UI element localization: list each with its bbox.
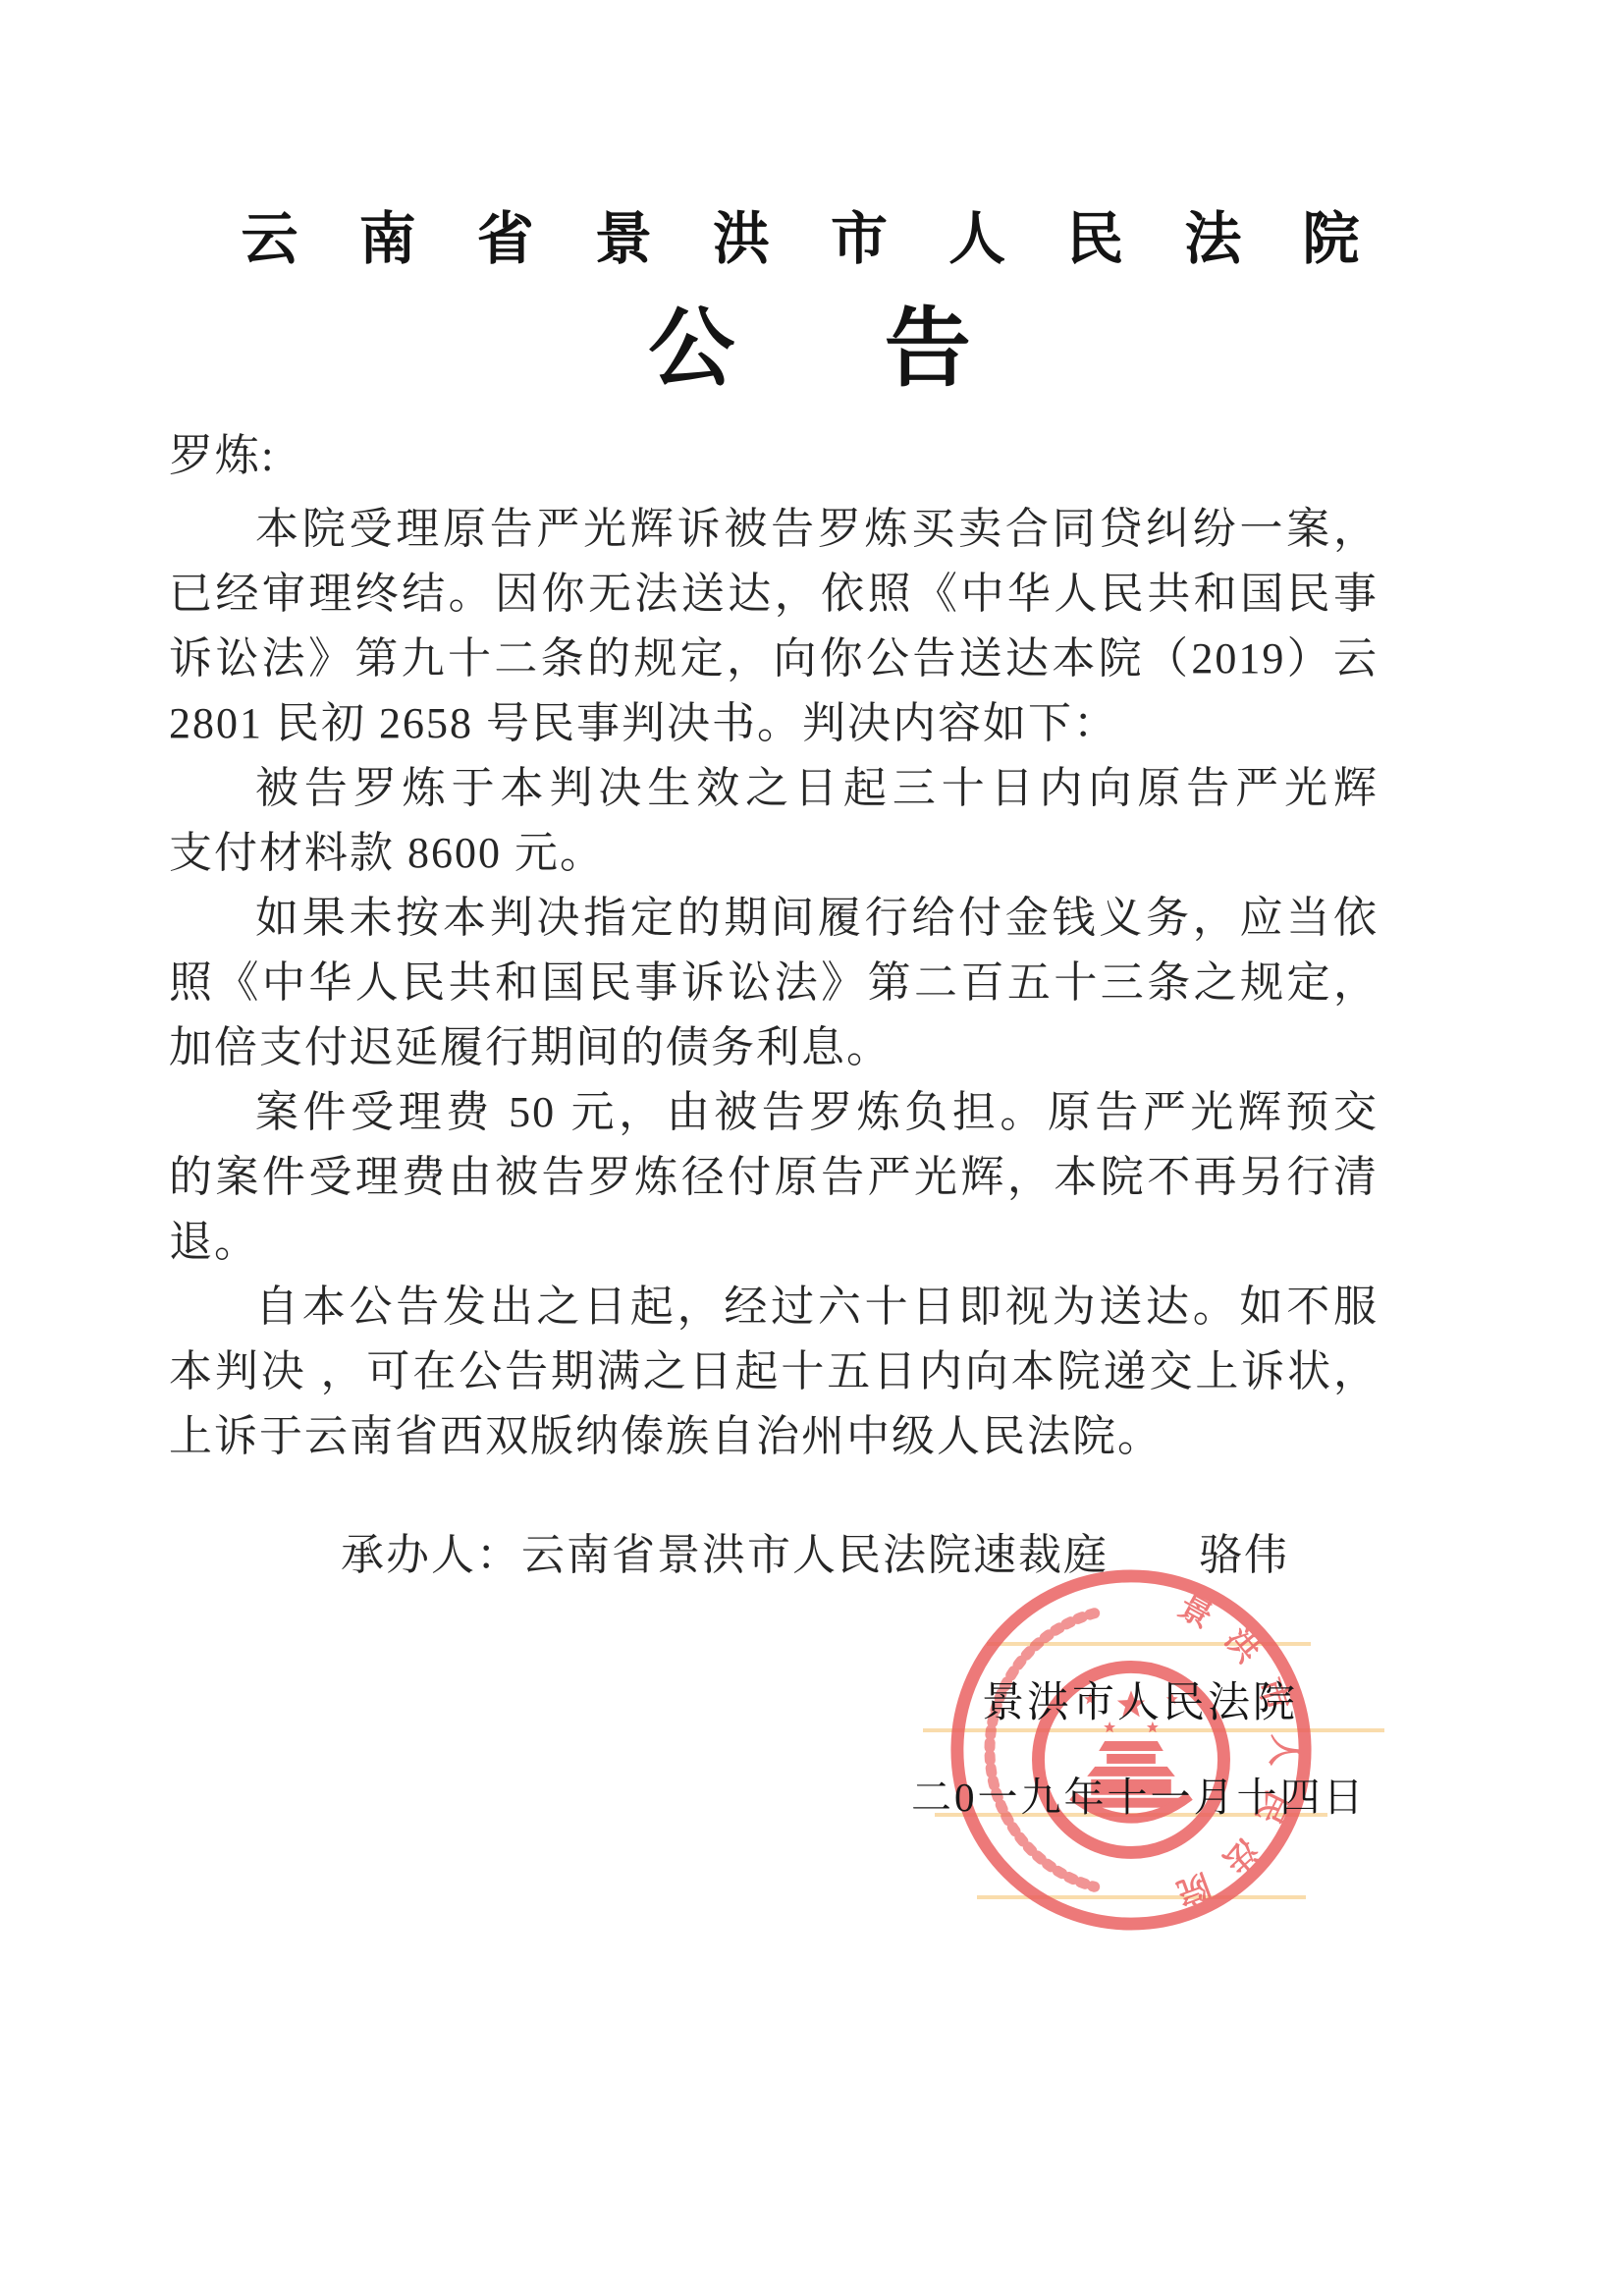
text-line: 本判决 ，可在公告期满之日起十五日内向本院递交上诉状， (169, 1339, 1379, 1404)
court-seal: 景洪市人民法院 (941, 1559, 1322, 1941)
paragraph-court-fee: 案件受理费 50 元，由被告罗炼负担。原告严光辉预交的案件受理费由被告罗炼径付原… (169, 1080, 1379, 1275)
text-line: 退。 (169, 1210, 1379, 1275)
announcement-title: 公 告 (0, 297, 1623, 401)
text-line: 如果未按本判决指定的期间履行给付金钱义务，应当依 (169, 886, 1379, 951)
text-line: 本院受理原告严光辉诉被告罗炼买卖合同贷纠纷一案， (169, 497, 1379, 562)
text-line: 案件受理费 50 元，由被告罗炼负担。原告严光辉预交 (169, 1080, 1379, 1145)
paragraph-case-summary: 本院受理原告严光辉诉被告罗炼买卖合同贷纠纷一案，已经审理终结。因你无法送达，依照… (169, 497, 1379, 756)
seal-red-group: 景洪市人民法院 (957, 1576, 1305, 1924)
paragraph-judgment: 被告罗炼于本判决生效之日起三十日内向原告严光辉支付材料款 8600 元。 (169, 756, 1379, 886)
paragraph-service-appeal: 自本公告发出之日起，经过六十日即视为送达。如不服本判决 ，可在公告期满之日起十五… (169, 1275, 1379, 1469)
seal-court-name-text: 景洪市人民法院 (982, 1669, 1298, 1729)
recipient-line: 罗炼: (169, 428, 1379, 483)
text-line: 上诉于云南省西双版纳傣族自治州中级人民法院。 (169, 1404, 1379, 1469)
paragraph-late-payment: 如果未按本判决指定的期间履行给付金钱义务，应当依照《中华人民共和国民事诉讼法》第… (169, 886, 1379, 1080)
text-line: 加倍支付迟延履行期间的债务利息。 (169, 1015, 1379, 1080)
text-line: 被告罗炼于本判决生效之日起三十日内向原告严光辉 (169, 756, 1379, 821)
text-line: 照《中华人民共和国民事诉讼法》第二百五十三条之规定， (169, 951, 1379, 1015)
seal-date-text: 二0一九年十一月十四日 (911, 1765, 1367, 1823)
text-line: 已经审理终结。因你无法送达，依照《中华人民共和国民事 (169, 562, 1379, 627)
document-body: 罗炼: 本院受理原告严光辉诉被告罗炼买卖合同贷纠纷一案，已经审理终结。因你无法送… (169, 428, 1379, 1583)
text-line: 支付材料款 8600 元。 (169, 821, 1379, 886)
announcement-document: 云 南 省 景 洪 市 人 民 法 院 公 告 罗炼: 本院受理原告严光辉诉被告… (0, 0, 1623, 2296)
court-name-heading: 云 南 省 景 洪 市 人 民 法 院 (0, 0, 1623, 279)
court-seal-graphic: 景洪市人民法院 (941, 1559, 1322, 1941)
text-line: 2801 民初 2658 号民事判决书。判决内容如下： (169, 691, 1379, 756)
text-line: 诉讼法》第九十二条的规定，向你公告送达本院（2019）云 (169, 627, 1379, 691)
text-line: 自本公告发出之日起，经过六十日即视为送达。如不服 (169, 1275, 1379, 1339)
text-line: 的案件受理费由被告罗炼径付原告严光辉，本院不再另行清 (169, 1145, 1379, 1210)
